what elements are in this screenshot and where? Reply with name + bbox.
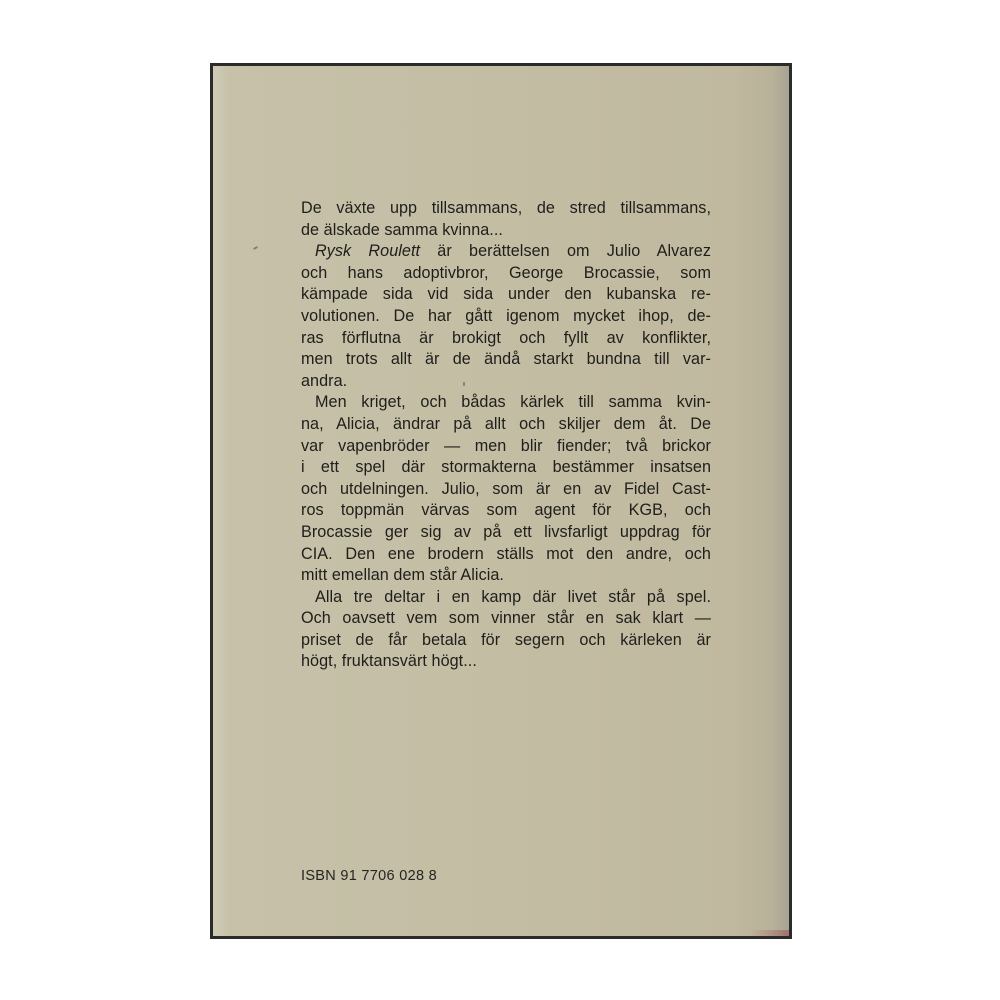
paragraph-1: Rysk Roulett är berättelsen om Julio Alv… xyxy=(301,241,711,392)
book-title: Rysk Roulett xyxy=(315,242,420,260)
text-line: mitt emellan dem står Alicia. xyxy=(301,565,711,587)
text-line: men trots allt är de ändå starkt bundna … xyxy=(301,349,711,371)
blurb-text: De växte upp tillsammans, de stred tills… xyxy=(301,198,711,673)
text-line: kämpade sida vid sida under den kubanska… xyxy=(301,284,711,306)
text-line: CIA. Den ene brodern ställs mot den andr… xyxy=(301,544,711,566)
text-line: Och oavsett vem som vinner står en sak k… xyxy=(301,608,711,630)
text-line: och utdelningen. Julio, som är en av Fid… xyxy=(301,479,711,501)
text-line: högt, fruktansvärt högt... xyxy=(301,651,711,673)
isbn-number: ISBN 91 7706 028 8 xyxy=(301,868,437,884)
text-line: Alla tre deltar i en kamp där livet står… xyxy=(301,587,711,609)
book-back-cover: De växte upp tillsammans, de stred tills… xyxy=(210,63,792,939)
text-line: priset de får betala för segern och kärl… xyxy=(301,630,711,652)
paragraph-3: Alla tre deltar i en kamp där livet står… xyxy=(301,587,711,673)
text-line: Rysk Roulett är berättelsen om Julio Alv… xyxy=(301,241,711,263)
photo-stage: De växte upp tillsammans, de stred tills… xyxy=(0,0,1000,1000)
text-fragment: är berättelsen om Julio Alvarez xyxy=(420,242,711,260)
text-line: De växte upp tillsammans, de stred tills… xyxy=(301,198,711,220)
text-line: de älskade samma kvinna... xyxy=(301,220,711,242)
text-line: ras förflutna är brokigt och fyllt av ko… xyxy=(301,328,711,350)
text-line: Men kriget, och bådas kärlek till samma … xyxy=(301,392,711,414)
paragraph-2: Men kriget, och bådas kärlek till samma … xyxy=(301,392,711,586)
text-line: na, Alicia, ändrar på allt och skiljer d… xyxy=(301,414,711,436)
text-line: andra. xyxy=(301,371,711,393)
paper-speck xyxy=(253,246,258,250)
text-line: och hans adoptivbror, George Brocassie, … xyxy=(301,263,711,285)
text-line: Brocassie ger sig av på ett livsfarligt … xyxy=(301,522,711,544)
text-line: volutionen. De har gått igenom mycket ih… xyxy=(301,306,711,328)
text-line: ros toppmän värvas som agent för KGB, oc… xyxy=(301,500,711,522)
text-line: i ett spel där stormakterna bestämmer in… xyxy=(301,457,711,479)
text-line: var vapenbröder — men blir fiender; två … xyxy=(301,436,711,458)
intro-paragraph: De växte upp tillsammans, de stred tills… xyxy=(301,198,711,241)
